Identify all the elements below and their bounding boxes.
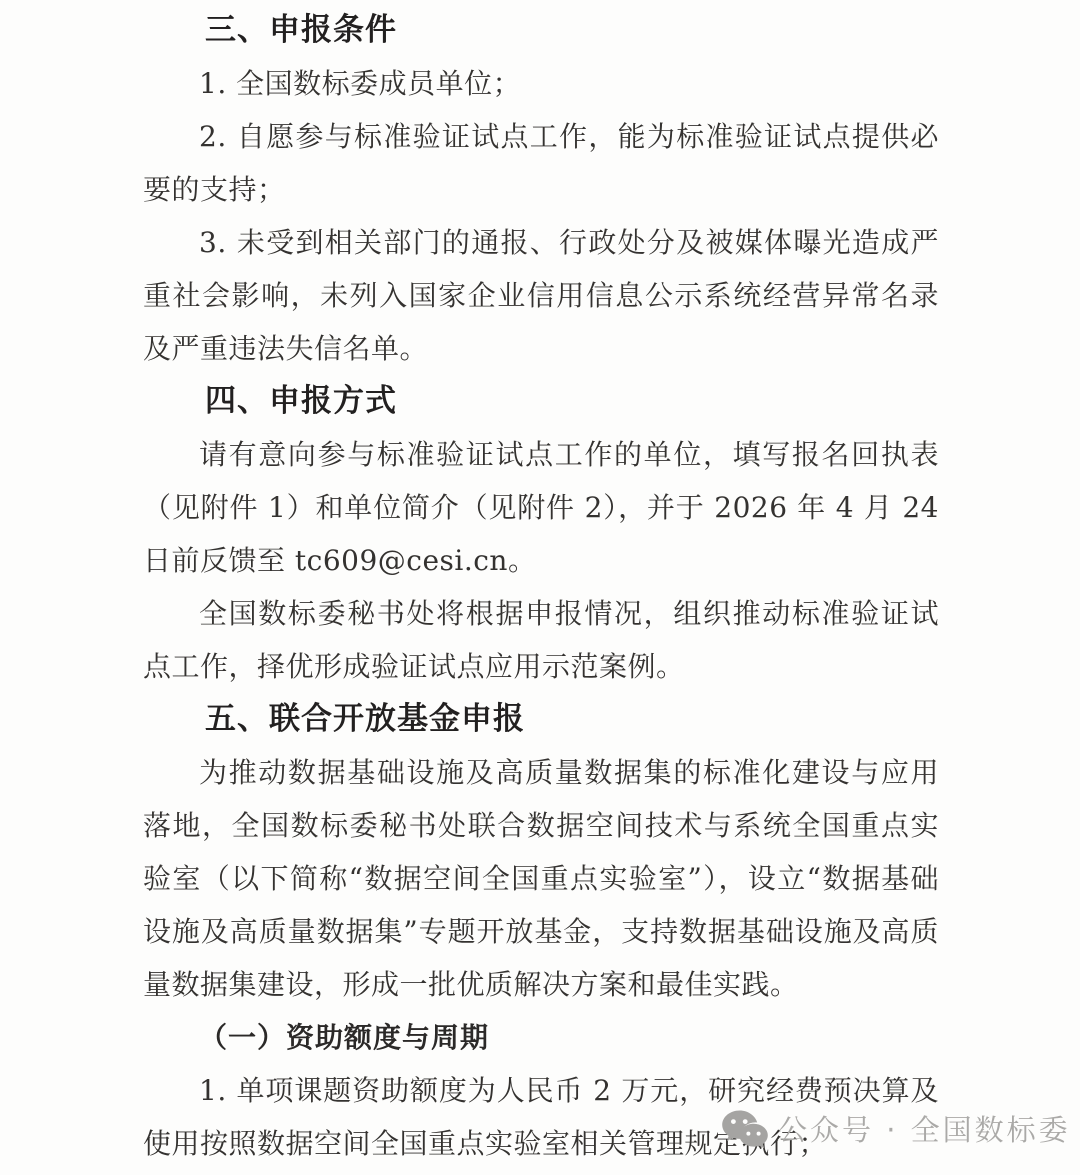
subheading-funding-amount-period: （一）资助额度与周期 <box>143 1011 939 1064</box>
secretariat-paragraph: 全国数标委秘书处将根据申报情况，组织推动标准验证试点工作，择优形成验证试点应用示… <box>143 587 939 693</box>
application-method-paragraph: 请有意向参与标准验证试点工作的单位，填写报名回执表（见附件 1）和单位简介（见附… <box>143 428 939 587</box>
document-page: 三、申报条件 1. 全国数标委成员单位； 2. 自愿参与标准验证试点工作，能为标… <box>0 0 1080 1175</box>
condition-item-3: 3. 未受到相关部门的通报、行政处分及被媒体曝光造成严重社会影响，未列入国家企业… <box>143 216 939 375</box>
section-heading-application-method: 四、申报方式 <box>143 375 939 428</box>
document-body: 三、申报条件 1. 全国数标委成员单位； 2. 自愿参与标准验证试点工作，能为标… <box>143 4 939 1170</box>
open-fund-paragraph: 为推动数据基础设施及高质量数据集的标准化建设与应用落地，全国数标委秘书处联合数据… <box>143 746 939 1011</box>
funding-item-1: 1. 单项课题资助额度为人民币 2 万元，研究经费预决算及使用按照数据空间全国重… <box>143 1064 939 1170</box>
section-heading-open-fund: 五、联合开放基金申报 <box>143 693 939 746</box>
condition-item-2: 2. 自愿参与标准验证试点工作，能为标准验证试点提供必要的支持； <box>143 110 939 216</box>
condition-item-1: 1. 全国数标委成员单位； <box>143 57 939 110</box>
section-heading-application-conditions: 三、申报条件 <box>143 4 939 57</box>
